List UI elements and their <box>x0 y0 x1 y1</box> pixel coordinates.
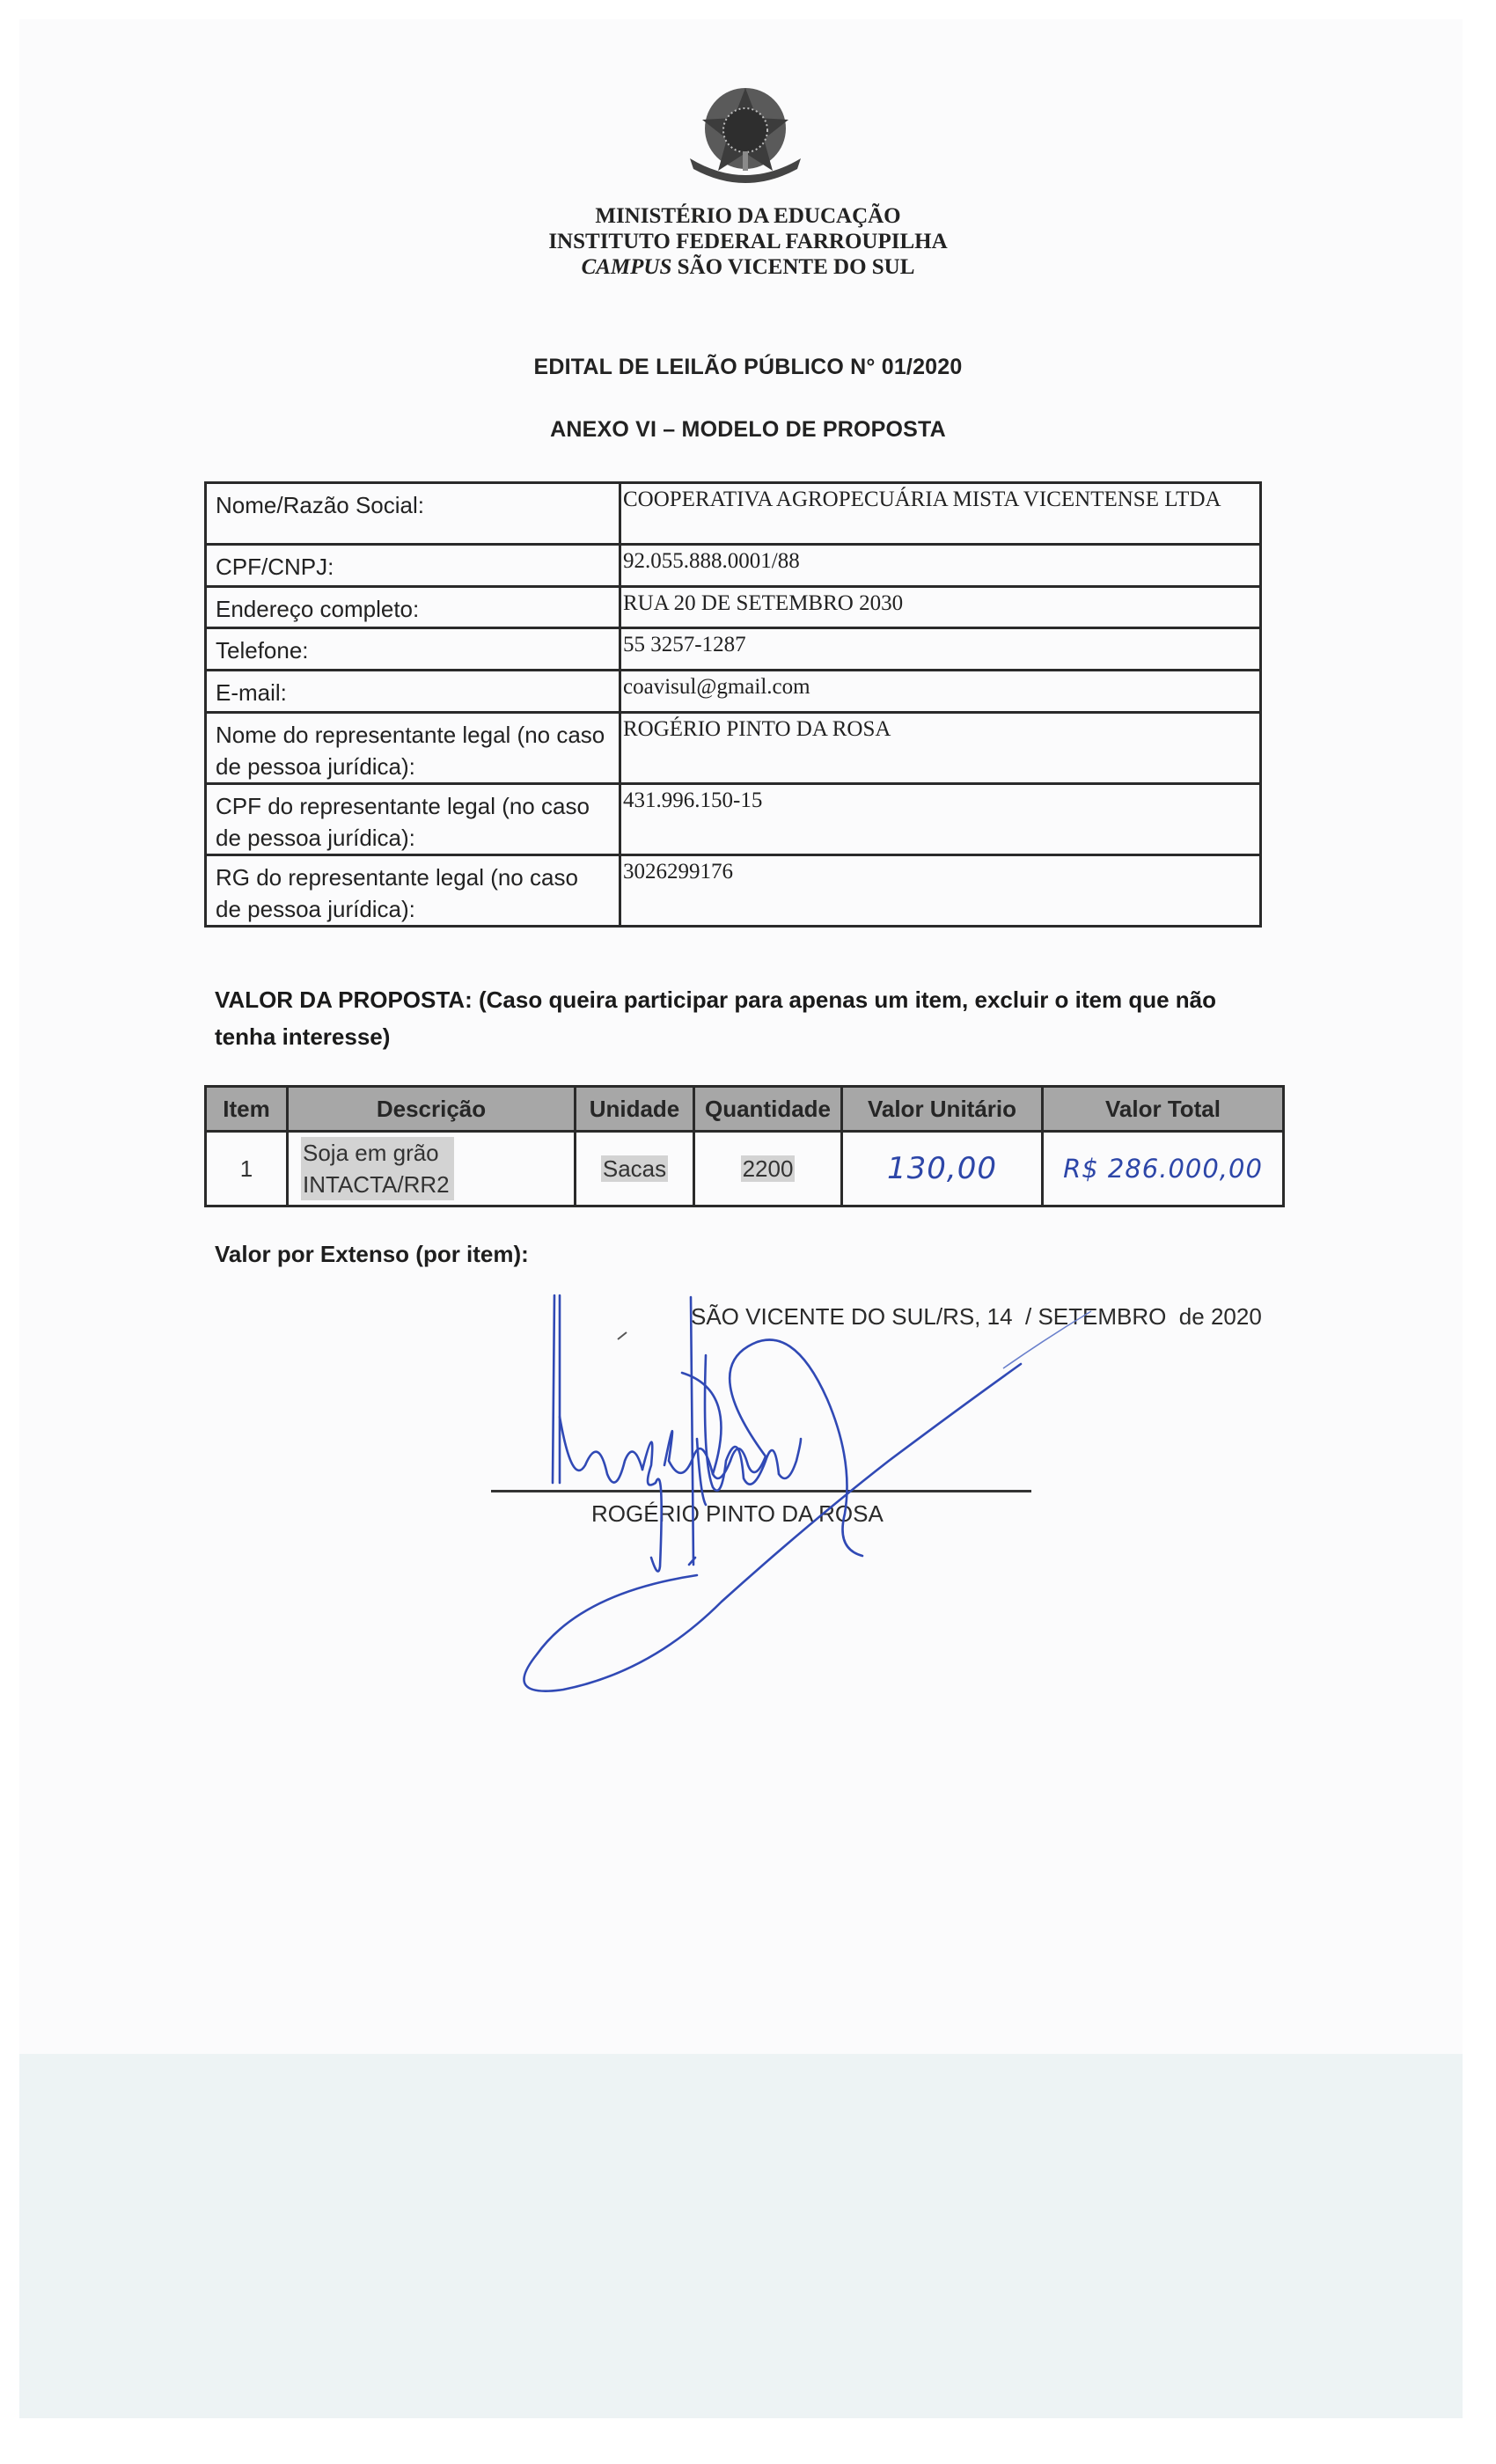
cell-quantity: 2200 <box>694 1132 842 1206</box>
table-row: Nome/Razão Social: COOPERATIVA AGROPECUÁ… <box>206 483 1261 545</box>
row-label: CPF/CNPJ: <box>206 545 620 587</box>
table-row: E-mail: coavisul@gmail.com <box>206 671 1261 713</box>
row-value: COOPERATIVA AGROPECUÁRIA MISTA VICENTENS… <box>620 483 1261 545</box>
row-label: Nome do representante legal (no caso de … <box>206 713 620 784</box>
row-label: Nome/Razão Social: <box>206 483 620 545</box>
table-row: 1 Soja em grão INTACTA/RR2 Sacas 2200 13… <box>206 1132 1284 1206</box>
proponent-info-table: Nome/Razão Social: COOPERATIVA AGROPECUÁ… <box>204 481 1262 928</box>
col-header-description: Descrição <box>288 1087 576 1132</box>
table-row: Telefone: 55 3257-1287 <box>206 628 1261 671</box>
row-label: Endereço completo: <box>206 587 620 628</box>
row-value: 431.996.150-15 <box>620 784 1261 855</box>
ministry-name: MINISTÉRIO DA EDUCAÇÃO <box>0 204 1496 229</box>
row-label: E-mail: <box>206 671 620 713</box>
cell-unit: Sacas <box>576 1132 694 1206</box>
anexo-title: ANEXO VI – MODELO DE PROPOSTA <box>0 417 1496 443</box>
row-value: 92.055.888.0001/88 <box>620 545 1261 587</box>
col-header-item: Item <box>206 1087 288 1132</box>
handwritten-total-value: R$ 286.000,00 <box>1063 1154 1263 1184</box>
items-table: Item Descrição Unidade Quantidade Valor … <box>204 1085 1285 1207</box>
row-value: 55 3257-1287 <box>620 628 1261 671</box>
quantity-text: 2200 <box>741 1155 796 1182</box>
cell-item: 1 <box>206 1132 288 1206</box>
cell-unit-value: 130,00 <box>842 1132 1043 1206</box>
institute-name: INSTITUTO FEDERAL FARROUPILHA <box>0 230 1496 254</box>
col-header-quantity: Quantidade <box>694 1087 842 1132</box>
scan-margin-top <box>0 0 1496 19</box>
row-value: 3026299176 <box>620 855 1261 927</box>
table-row: Endereço completo: RUA 20 DE SETEMBRO 20… <box>206 587 1261 628</box>
edital-title: EDITAL DE LEILÃO PÚBLICO N° 01/2020 <box>0 355 1496 380</box>
description-text: Soja em grão INTACTA/RR2 <box>301 1137 454 1200</box>
cell-total-value: R$ 286.000,00 <box>1043 1132 1284 1206</box>
table-row: CPF do representante legal (no caso de p… <box>206 784 1261 855</box>
proposal-instructions: VALOR DA PROPOSTA: (Caso queira particip… <box>215 981 1271 1055</box>
col-header-unit-value: Valor Unitário <box>842 1087 1043 1132</box>
row-label: CPF do representante legal (no caso de p… <box>206 784 620 855</box>
campus-name: CAMPUS SÃO VICENTE DO SUL <box>0 255 1496 280</box>
brazil-coat-of-arms-icon <box>679 84 811 188</box>
campus-prefix: CAMPUS <box>582 255 672 279</box>
proposal-heading: VALOR DA PROPOSTA: <box>215 986 473 1013</box>
handwritten-unit-value: 130,00 <box>887 1151 997 1186</box>
row-value: coavisul@gmail.com <box>620 671 1261 713</box>
handwritten-signature-icon <box>475 1285 1250 1725</box>
col-header-total-value: Valor Total <box>1043 1087 1284 1132</box>
campus-city: SÃO VICENTE DO SUL <box>678 255 915 279</box>
table-row: RG do representante legal (no caso de pe… <box>206 855 1261 927</box>
scanner-bed-area <box>19 2054 1463 2418</box>
row-label: Telefone: <box>206 628 620 671</box>
scan-margin-bottom <box>0 2418 1496 2464</box>
unit-text: Sacas <box>601 1155 668 1182</box>
col-header-unit: Unidade <box>576 1087 694 1132</box>
table-row: CPF/CNPJ: 92.055.888.0001/88 <box>206 545 1261 587</box>
table-header-row: Item Descrição Unidade Quantidade Valor … <box>206 1087 1284 1132</box>
row-value: ROGÉRIO PINTO DA ROSA <box>620 713 1261 784</box>
row-value: RUA 20 DE SETEMBRO 2030 <box>620 587 1261 628</box>
table-row: Nome do representante legal (no caso de … <box>206 713 1261 784</box>
row-label: RG do representante legal (no caso de pe… <box>206 855 620 927</box>
cell-description: Soja em grão INTACTA/RR2 <box>288 1132 576 1206</box>
value-in-words-label: Valor por Extenso (por item): <box>215 1241 529 1268</box>
